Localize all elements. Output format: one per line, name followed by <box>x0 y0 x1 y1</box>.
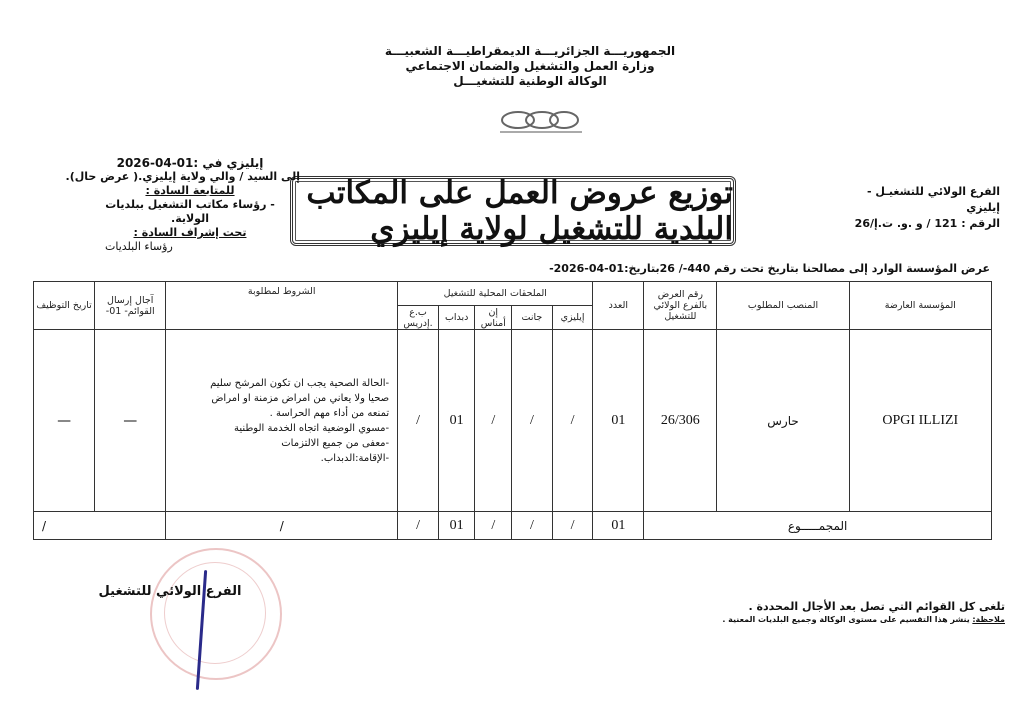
offer-intro: عرض المؤسسة الوارد إلى مصالحنا بتاريخ تح… <box>540 262 990 275</box>
condition-line: تمنعه من أداء مهم الحراسة . <box>170 406 389 421</box>
condition-line: -الإقامة:الدبداب. <box>170 451 389 466</box>
condition-line: -معفى من جميع الالتزمات <box>170 436 389 451</box>
header-conditions: الشروط لمطلوبة <box>166 282 398 330</box>
reference-number: 121 / و .و. ت.إ/26 <box>855 217 958 230</box>
follow-up-value: - رؤساء مكاتب التشغيل ببلديات الولاية. <box>90 198 290 226</box>
header-company: المؤسسة العارضة <box>849 282 991 330</box>
header-annex-in-amenas: إن أمناس <box>475 306 512 330</box>
header-annex-illizi: إيليزي <box>552 306 593 330</box>
total-label: المجمـــــوع <box>644 512 992 540</box>
footer-note-deadline: تلغى كل القوائم التي تصل بعد الأجال المح… <box>600 600 1005 613</box>
condition-line: -مسوي الوضعية اتجاه الخدمة الوطنية <box>170 421 389 436</box>
follow-up-label: للمتابعة السادة : <box>90 184 290 198</box>
condition-line: -الحالة الصحية يجب ان تكون المرشح سليم <box>170 376 389 391</box>
cell-position: حارس <box>717 330 849 512</box>
supervision-value: رؤساء البلديات <box>90 240 290 254</box>
header-hiring-date: تاريخ التوظيف <box>34 282 95 330</box>
cell-count: 01 <box>593 330 644 512</box>
anem-logo-icon <box>490 108 590 136</box>
letterhead-agency: الوكالة الوطنية للتشغيـــل <box>380 74 680 89</box>
cell-annex-debdeb: 01 <box>438 330 475 512</box>
job-offers-table: المؤسسة العارضة المنصب المطلوب رقم العرض… <box>33 281 992 540</box>
table-row: OPGI ILLIZI حارس 26/306 01 / / / 01 / -ا… <box>34 330 992 512</box>
footer-note-label: ملاحظة: <box>972 615 1005 624</box>
sender-block: الفرع الولائي للتشغيـل - إيليزي الرقم : … <box>840 184 1000 232</box>
signature-label: الفرع الولائي للتشغيل <box>90 584 250 599</box>
official-stamp-icon <box>150 548 282 680</box>
letterhead-republic: الجمهوريـــة الجزائريـــة الديمقراطيـــة… <box>380 44 680 59</box>
header-annexes-group: الملحقات المحلية للتشغيل <box>398 282 593 306</box>
footer-notes: تلغى كل القوائم التي تصل بعد الأجال المح… <box>600 600 1005 624</box>
document-title: توزيع عروض العمل على المكاتب البلدية للت… <box>293 175 733 247</box>
header-position: المنصب المطلوب <box>717 282 849 330</box>
table-header-row: المؤسسة العارضة المنصب المطلوب رقم العرض… <box>34 282 992 306</box>
sender-branch: الفرع الولائي للتشغيـل - إيليزي <box>840 184 1000 216</box>
cell-offer-number: 26/306 <box>644 330 717 512</box>
recipients-block: إيليزي في :01-04-2026 إلى السيد / والي و… <box>90 156 290 254</box>
letterhead: الجمهوريـــة الجزائريـــة الديمقراطيـــة… <box>380 44 680 89</box>
total-annex-djanet: / <box>512 512 553 540</box>
condition-line: صحيا ولا يعاني من امراض مزمنة او امراض <box>170 391 389 406</box>
header-annex-bordj-omar-driss: ب.ع .إدريس <box>398 306 439 330</box>
supervision-label: تحت إشراف السادة : <box>90 226 290 240</box>
header-deadline: آجال إرسال القوائم- 01- <box>95 282 166 330</box>
header-count: العدد <box>593 282 644 330</box>
cell-conditions: -الحالة الصحية يجب ان تكون المرشح سليم ص… <box>166 330 398 512</box>
cell-annex-bordj-omar-driss: / <box>398 330 439 512</box>
total-conditions: / <box>166 512 398 540</box>
header-annex-debdeb: دبداب <box>438 306 475 330</box>
cell-annex-illizi: / <box>552 330 593 512</box>
recipient-to: إلى السيد / والي ولاية إيليزي.( عرض حال)… <box>90 170 300 184</box>
total-last: / <box>34 512 166 540</box>
total-annex-debdeb: 01 <box>438 512 475 540</box>
total-annex-in-amenas: / <box>475 512 512 540</box>
cell-company: OPGI ILLIZI <box>849 330 991 512</box>
letterhead-ministry: وزارة العمل والتشغيل والضمان الاجتماعي <box>380 59 680 74</box>
total-annex-illizi: / <box>552 512 593 540</box>
cell-deadline: — <box>95 330 166 512</box>
total-count: 01 <box>593 512 644 540</box>
header-annex-djanet: جانت <box>512 306 553 330</box>
header-offer-number: رقم العرض بالفرع الولائي للتشغيل <box>644 282 717 330</box>
cell-annex-djanet: / <box>512 330 553 512</box>
cell-hiring-date: — <box>34 330 95 512</box>
cell-annex-in-amenas: / <box>475 330 512 512</box>
table-total-row: المجمـــــوع 01 / / / 01 / / / <box>34 512 992 540</box>
reference-label: الرقم : <box>961 217 1000 230</box>
footer-note-publish: ينشر هذا التقسيم على مستوى الوكالة وجميع… <box>722 615 969 624</box>
total-annex-bordj-omar-driss: / <box>398 512 439 540</box>
document-title-box: توزيع عروض العمل على المكاتب البلدية للت… <box>290 176 736 246</box>
place-date: إيليزي في :01-04-2026 <box>90 156 290 170</box>
